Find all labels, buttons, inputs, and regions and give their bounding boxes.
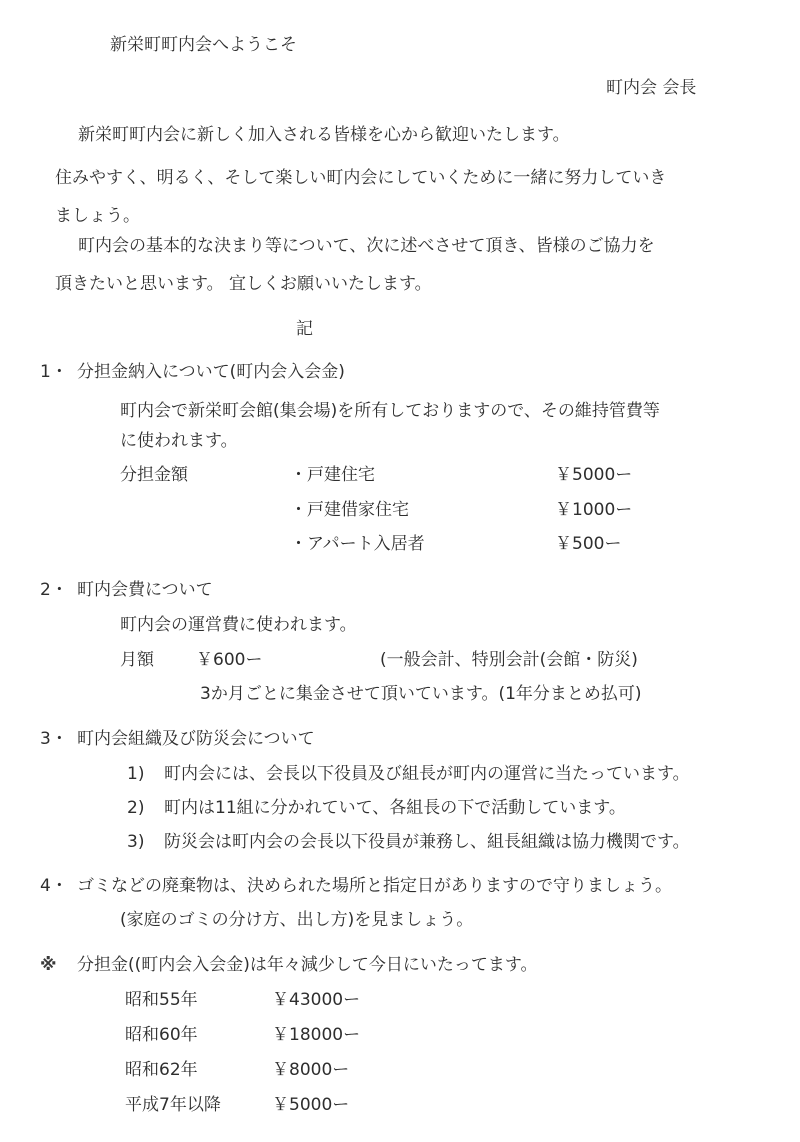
history-amount: ￥43000ー bbox=[272, 992, 360, 1009]
fee-amount: ￥500ー bbox=[555, 536, 621, 553]
org-item-number: 2) bbox=[127, 800, 144, 817]
section-title: 町内会費について bbox=[77, 582, 213, 599]
fee-row: ・アパート入居者 ￥500ー bbox=[0, 536, 800, 558]
fee-type: ・戸建住宅 bbox=[290, 467, 375, 484]
org-item: 3) 防災会は町内会の会長以下役員が兼務し、組長組織は協力機関です。 bbox=[0, 834, 800, 856]
section-1-heading: 1・ 分担金納入について(町内会入会金) bbox=[0, 364, 800, 386]
history-row: 平成7年以降 ￥5000ー bbox=[0, 1097, 800, 1119]
history-amount: ￥8000ー bbox=[272, 1062, 349, 1079]
monthly-note: (一般会計、特別会計(会館・防災) bbox=[380, 652, 638, 669]
history-row: 昭和62年 ￥8000ー bbox=[0, 1062, 800, 1084]
org-item-text: 防災会は町内会の会長以下役員が兼務し、組長組織は協力機関です。 bbox=[164, 834, 690, 851]
section-number: 4・ bbox=[40, 878, 68, 895]
fee-row: ・戸建借家住宅 ￥1000ー bbox=[0, 502, 800, 524]
history-row: 昭和55年 ￥43000ー bbox=[0, 992, 800, 1014]
section-1-body-1: 町内会で新栄町会館(集会場)を所有しておりますので、その維持管費等 bbox=[120, 403, 660, 420]
collection-note: 3か月ごとに集金させて頂いています。(1年分まとめ払可) bbox=[200, 686, 642, 703]
page-title: 新栄町町内会へようこそ bbox=[110, 37, 297, 54]
section-number: 2・ bbox=[40, 582, 68, 599]
history-period: 昭和55年 bbox=[125, 992, 198, 1009]
fee-row: ・戸建住宅 ￥5000ー bbox=[0, 467, 800, 489]
org-item-text: 町内は11組に分かれていて、各組長の下で活動しています。 bbox=[164, 800, 626, 817]
section-1-body-2: に使われます。 bbox=[120, 433, 238, 450]
intro-line-4: 町内会の基本的な決まり等について、次に述べさせて頂き、皆様のご協力を bbox=[78, 238, 655, 255]
fee-type: ・アパート入居者 bbox=[290, 536, 425, 553]
intro-line-1: 新栄町町内会に新しく加入される皆様を心から歓迎いたします。 bbox=[78, 127, 570, 144]
fee-amount: ￥5000ー bbox=[555, 467, 632, 484]
fee-amount: ￥1000ー bbox=[555, 502, 632, 519]
history-amount: ￥18000ー bbox=[272, 1027, 360, 1044]
org-item: 2) 町内は11組に分かれていて、各組長の下で活動しています。 bbox=[0, 800, 800, 822]
section-2-body-1: 町内会の運営費に使われます。 bbox=[120, 617, 357, 634]
reference-mark-icon: ※ bbox=[40, 957, 57, 974]
history-amount: ￥5000ー bbox=[272, 1097, 349, 1114]
section-4-heading: 4・ ゴミなどの廃棄物は、決められた場所と指定日がありますので守りましょう。 bbox=[0, 878, 800, 900]
history-period: 昭和60年 bbox=[125, 1027, 198, 1044]
section-title: 分担金納入について(町内会入会金) bbox=[77, 364, 345, 381]
history-period: 平成7年以降 bbox=[125, 1097, 221, 1114]
note-heading: ※ 分担金((町内会入会金)は年々減少して今日にいたってます。 bbox=[0, 957, 800, 979]
monthly-fee-row: 月額 ￥600ー (一般会計、特別会計(会館・防災) bbox=[0, 652, 800, 674]
section-4-body-1: (家庭のゴミの分け方、出し方)を見ましょう。 bbox=[120, 912, 473, 929]
intro-line-5: 頂きたいと思います。 宜しくお願いいたします。 bbox=[55, 276, 432, 293]
note-title: 分担金((町内会入会金)は年々減少して今日にいたってます。 bbox=[77, 957, 538, 974]
history-period: 昭和62年 bbox=[125, 1062, 198, 1079]
intro-line-2: 住みやすく、明るく、そして楽しい町内会にしていくために一緒に努力していき bbox=[55, 170, 666, 187]
fee-type: ・戸建借家住宅 bbox=[290, 502, 409, 519]
section-2-heading: 2・ 町内会費について bbox=[0, 582, 800, 604]
intro-line-3: ましょう。 bbox=[55, 208, 140, 225]
org-item-number: 1) bbox=[127, 766, 144, 783]
section-title: 町内会組織及び防災会について bbox=[77, 731, 315, 748]
author-signature: 町内会 会長 bbox=[606, 80, 696, 97]
ki-heading: 記 bbox=[296, 321, 313, 338]
monthly-amount: ￥600ー bbox=[196, 652, 262, 669]
org-item-text: 町内会には、会長以下役員及び組長が町内の運営に当たっています。 bbox=[164, 766, 690, 783]
org-item-number: 3) bbox=[127, 834, 144, 851]
history-row: 昭和60年 ￥18000ー bbox=[0, 1027, 800, 1049]
section-title: ゴミなどの廃棄物は、決められた場所と指定日がありますので守りましょう。 bbox=[77, 878, 672, 895]
monthly-label: 月額 bbox=[120, 652, 154, 669]
section-number: 1・ bbox=[40, 364, 68, 381]
section-3-heading: 3・ 町内会組織及び防災会について bbox=[0, 731, 800, 753]
org-item: 1) 町内会には、会長以下役員及び組長が町内の運営に当たっています。 bbox=[0, 766, 800, 788]
section-number: 3・ bbox=[40, 731, 68, 748]
